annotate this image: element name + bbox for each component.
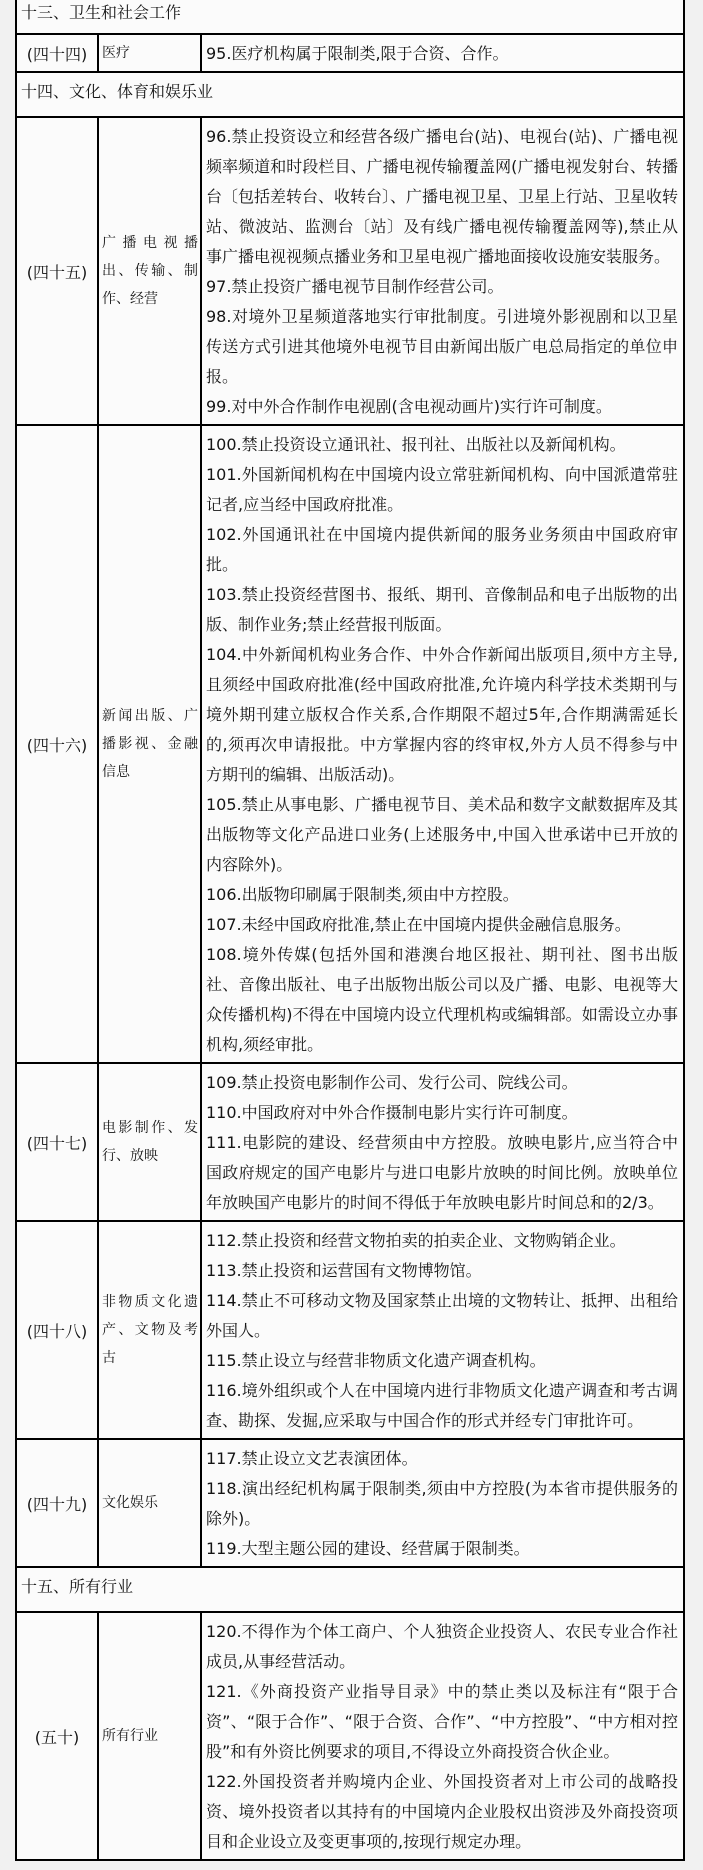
entry-item: 97.禁止投资广播电视节目制作经营公司。 — [206, 272, 678, 302]
entry-category-cell: 文化娱乐 — [97, 1440, 200, 1566]
entry-number: (四十五) — [17, 118, 97, 424]
section-header: 十四、文化、体育和娱乐业 — [17, 73, 683, 116]
entry-row: (五十) 所有行业 120.不得作为个体工商户、个人独资企业投资人、农民专业合作… — [17, 1611, 683, 1859]
section-header: 十五、所有行业 — [17, 1568, 683, 1611]
entry-item: 104.中外新闻机构业务合作、中外合作新闻出版项目,须中方主导,且须经中国政府批… — [206, 640, 678, 790]
negative-list-table: 十三、卫生和社会工作 (四十四) 医疗 95.医疗机构属于限制类,限于合资、合作… — [15, 0, 685, 1861]
entry-items: 109.禁止投资电影制作公司、发行公司、院线公司。110.中国政府对中外合作摄制… — [200, 1064, 683, 1220]
entry-item: 100.禁止投资设立通讯社、报刊社、出版社以及新闻机构。 — [206, 430, 678, 460]
section-header: 十三、卫生和社会工作 — [17, 0, 683, 33]
entry-row: (四十四) 医疗 95.医疗机构属于限制类,限于合资、合作。 — [17, 33, 683, 71]
entry-item: 120.不得作为个体工商户、个人独资企业投资人、农民专业合作社成员,从事经营活动… — [206, 1617, 678, 1677]
entry-row: (四十九) 文化娱乐 117.禁止设立文艺表演团体。118.演出经纪机构属于限制… — [17, 1438, 683, 1566]
entry-number: (四十四) — [17, 35, 97, 71]
entry-item: 115.禁止设立与经营非物质文化遗产调查机构。 — [206, 1346, 678, 1376]
entry-item: 107.未经中国政府批准,禁止在中国境内提供金融信息服务。 — [206, 910, 678, 940]
entry-category: 电影制作、发行、放映 — [102, 1114, 198, 1170]
entry-items: 95.医疗机构属于限制类,限于合资、合作。 — [200, 35, 683, 71]
entry-items: 100.禁止投资设立通讯社、报刊社、出版社以及新闻机构。101.外国新闻机构在中… — [200, 426, 683, 1062]
entry-item: 105.禁止从事电影、广播电视节目、美术品和数字文献数据库及其出版物等文化产品进… — [206, 790, 678, 880]
entry-item: 117.禁止设立文艺表演团体。 — [206, 1444, 678, 1474]
entry-category-cell: 广播电视播出、传输、制作、经营 — [97, 118, 200, 424]
entry-items: 96.禁止投资设立和经营各级广播电台(站)、电视台(站)、广播电视频率频道和时段… — [200, 118, 683, 424]
entry-row: (四十八) 非物质文化遗产、文物及考古 112.禁止投资和经营文物拍卖的拍卖企业… — [17, 1220, 683, 1438]
section-row: 十三、卫生和社会工作 — [17, 0, 683, 33]
entry-item: 119.大型主题公园的建设、经营属于限制类。 — [206, 1534, 678, 1564]
entry-category-cell: 所有行业 — [97, 1613, 200, 1859]
entry-item: 103.禁止投资经营图书、报纸、期刊、音像制品和电子出版物的出版、制作业务;禁止… — [206, 580, 678, 640]
entry-category: 新闻出版、广播影视、金融信息 — [102, 702, 198, 786]
entry-item: 96.禁止投资设立和经营各级广播电台(站)、电视台(站)、广播电视频率频道和时段… — [206, 122, 678, 272]
entry-item: 109.禁止投资电影制作公司、发行公司、院线公司。 — [206, 1068, 678, 1098]
entry-number: (四十七) — [17, 1064, 97, 1220]
entry-item: 118.演出经纪机构属于限制类,须由中方控股(为本省市提供服务的除外)。 — [206, 1474, 678, 1534]
entry-item: 98.对境外卫星频道落地实行审批制度。引进境外影视剧和以卫星传送方式引进其他境外… — [206, 302, 678, 392]
entry-category: 广播电视播出、传输、制作、经营 — [102, 229, 198, 313]
entry-items: 117.禁止设立文艺表演团体。118.演出经纪机构属于限制类,须由中方控股(为本… — [200, 1440, 683, 1566]
entry-item: 106.出版物印刷属于限制类,须由中方控股。 — [206, 880, 678, 910]
entry-category: 所有行业 — [102, 1722, 158, 1750]
entry-item: 114.禁止不可移动文物及国家禁止出境的文物转让、抵押、出租给外国人。 — [206, 1286, 678, 1346]
entry-item: 111.电影院的建设、经营须由中方控股。放映电影片,应当符合中国政府规定的国产电… — [206, 1128, 678, 1218]
entry-number: (四十八) — [17, 1222, 97, 1438]
entry-category-cell: 新闻出版、广播影视、金融信息 — [97, 426, 200, 1062]
entry-item: 122.外国投资者并购境内企业、外国投资者对上市公司的战略投资、境外投资者以其持… — [206, 1767, 678, 1857]
entry-item: 101.外国新闻机构在中国境内设立常驻新闻机构、向中国派遣常驻记者,应当经中国政… — [206, 460, 678, 520]
entry-row: (四十五) 广播电视播出、传输、制作、经营 96.禁止投资设立和经营各级广播电台… — [17, 116, 683, 424]
entry-item: 113.禁止投资和运营国有文物博物馆。 — [206, 1256, 678, 1286]
entry-item: 121.《外商投资产业指导目录》中的禁止类以及标注有“限于合资”、“限于合作”、… — [206, 1677, 678, 1767]
entry-category: 文化娱乐 — [102, 1489, 158, 1517]
entry-item: 110.中国政府对中外合作摄制电影片实行许可制度。 — [206, 1098, 678, 1128]
entry-item: 112.禁止投资和经营文物拍卖的拍卖企业、文物购销企业。 — [206, 1226, 678, 1256]
section-row: 十五、所有行业 — [17, 1566, 683, 1611]
entry-item: 102.外国通讯社在中国境内提供新闻的服务业务须由中国政府审批。 — [206, 520, 678, 580]
entry-category: 医疗 — [102, 39, 130, 67]
entry-number: (四十九) — [17, 1440, 97, 1566]
section-row: 十四、文化、体育和娱乐业 — [17, 71, 683, 116]
entry-number: (四十六) — [17, 426, 97, 1062]
entry-category: 非物质文化遗产、文物及考古 — [102, 1288, 198, 1372]
entry-item: 116.境外组织或个人在中国境内进行非物质文化遗产调查和考古调查、勘探、发掘,应… — [206, 1376, 678, 1436]
entry-category-cell: 电影制作、发行、放映 — [97, 1064, 200, 1220]
entry-items: 120.不得作为个体工商户、个人独资企业投资人、农民专业合作社成员,从事经营活动… — [200, 1613, 683, 1859]
entry-number: (五十) — [17, 1613, 97, 1859]
entry-item: 108.境外传媒(包括外国和港澳台地区报社、期刊社、图书出版社、音像出版社、电子… — [206, 940, 678, 1060]
entry-category-cell: 医疗 — [97, 35, 200, 71]
entry-item: 99.对中外合作制作电视剧(含电视动画片)实行许可制度。 — [206, 392, 678, 422]
entry-row: (四十七) 电影制作、发行、放映 109.禁止投资电影制作公司、发行公司、院线公… — [17, 1062, 683, 1220]
entry-row: (四十六) 新闻出版、广播影视、金融信息 100.禁止投资设立通讯社、报刊社、出… — [17, 424, 683, 1062]
entry-category-cell: 非物质文化遗产、文物及考古 — [97, 1222, 200, 1438]
entry-item: 95.医疗机构属于限制类,限于合资、合作。 — [206, 39, 678, 69]
entry-items: 112.禁止投资和经营文物拍卖的拍卖企业、文物购销企业。113.禁止投资和运营国… — [200, 1222, 683, 1438]
